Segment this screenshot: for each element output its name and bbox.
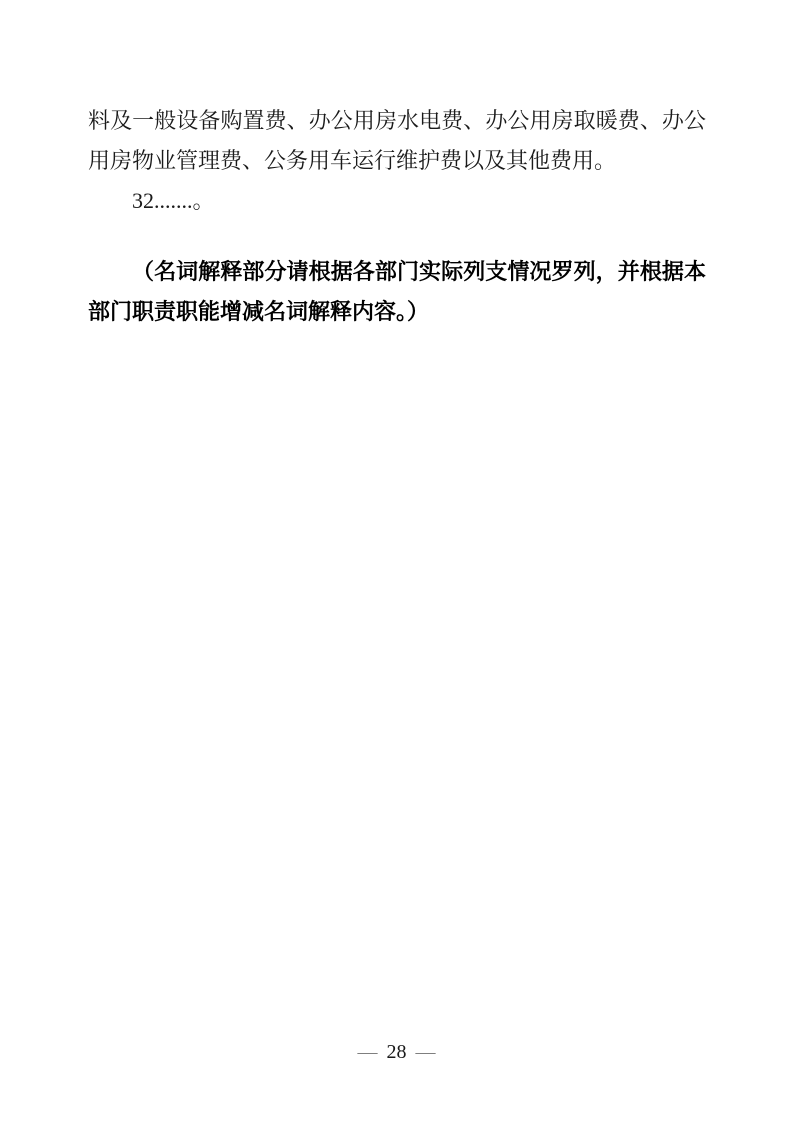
document-page: 料及一般设备购置费、办公用房水电费、办公用房取暖费、办公 用房物业管理费、公务用… (0, 0, 793, 1122)
body-text: 料及一般设备购置费、办公用房水电费、办公用房取暖费、办公 用房物业管理费、公务用… (88, 101, 706, 221)
footer-dash-right: — (416, 1041, 436, 1063)
item-32-line: 32.......。 (88, 181, 706, 221)
page-footer: —28— (0, 1040, 793, 1064)
footer-page-number: 28 (387, 1041, 407, 1063)
note-line-2: 部门职责职能增减名词解释内容。） (88, 292, 706, 332)
note-line-1: （名词解释部分请根据各部门实际列支情况罗列，并根据本 (88, 252, 706, 292)
footer-dash-left: — (358, 1041, 378, 1063)
fees-paragraph-line-2: 用房物业管理费、公务用车运行维护费以及其他费用。 (88, 141, 706, 181)
note-paragraph: （名词解释部分请根据各部门实际列支情况罗列，并根据本 部门职责职能增减名词解释内… (88, 252, 706, 332)
fees-paragraph-line-1: 料及一般设备购置费、办公用房水电费、办公用房取暖费、办公 (88, 101, 706, 141)
